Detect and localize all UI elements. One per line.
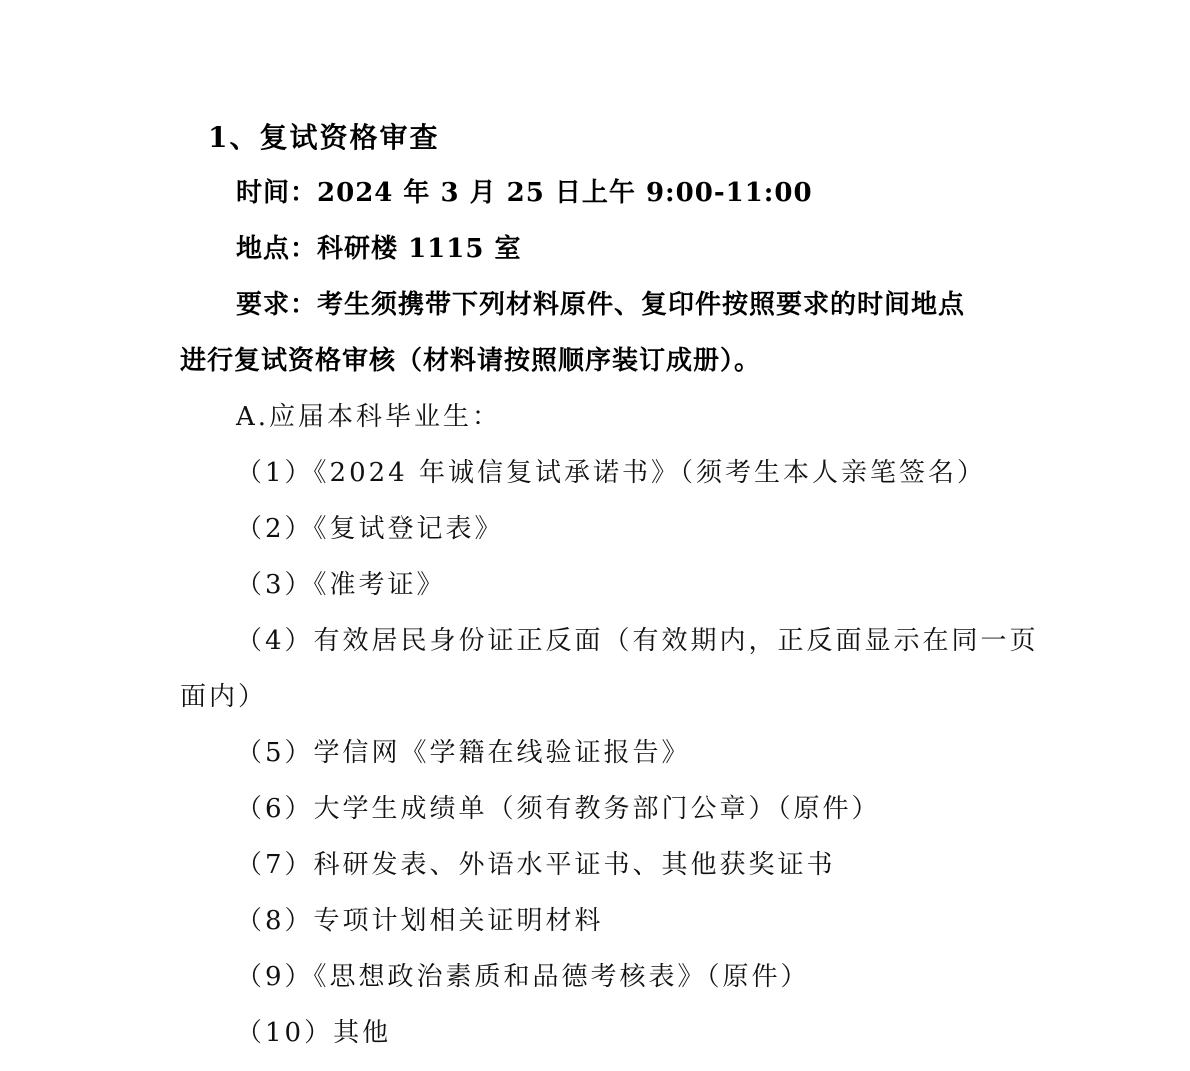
list-item: （2）《复试登记表》 <box>236 501 504 557</box>
item-number: （6） <box>236 794 314 824</box>
list-item: （4）有效居民身份证正反面（有效期内，正反面显示在同一页 <box>236 613 1039 669</box>
item-number: （8） <box>236 906 314 936</box>
time-label: 时间： <box>236 178 317 208</box>
requirement-text-1: 考生须携带下列材料原件、复印件按照要求的时间地点 <box>317 290 965 320</box>
item-text: 学信网《学籍在线验证报告》 <box>314 738 691 768</box>
item-text: 有效居民身份证正反面（有效期内，正反面显示在同一页 <box>314 626 1039 656</box>
item-number: （3） <box>236 570 314 600</box>
list-item: （9）《思想政治素质和品德考核表》（原件） <box>236 949 810 1005</box>
item-number: （4） <box>236 626 314 656</box>
section-heading: 1、复试资格审查 <box>208 110 439 166</box>
requirement-line-1: 要求：考生须携带下列材料原件、复印件按照要求的时间地点 <box>236 277 965 333</box>
item-number: （2） <box>236 514 314 544</box>
location-value: 科研楼 1115 室 <box>317 234 521 264</box>
list-item: （8）专项计划相关证明材料 <box>236 893 604 949</box>
item-number: （7） <box>236 850 314 880</box>
list-item: （3）《准考证》 <box>236 557 446 613</box>
list-item: （5）学信网《学籍在线验证报告》 <box>236 725 691 781</box>
time-value: 2024 年 3 月 25 日上午 9:00-11:00 <box>317 178 813 208</box>
item-number: （5） <box>236 738 314 768</box>
item-text: 专项计划相关证明材料 <box>314 906 604 936</box>
item-text: 《复试登记表》 <box>314 514 504 544</box>
location-label: 地点： <box>236 234 317 264</box>
item-number: （9） <box>236 962 314 992</box>
time-line: 时间：2024 年 3 月 25 日上午 9:00-11:00 <box>236 165 813 221</box>
item-text: 《思想政治素质和品德考核表》（原件） <box>314 962 810 992</box>
item-text: 《2024 年诚信复试承诺书》（须考生本人亲笔签名） <box>314 458 986 488</box>
item-text: 科研发表、外语水平证书、其他获奖证书 <box>314 850 836 880</box>
category-a-title: A.应届本科毕业生： <box>236 389 501 445</box>
item-number: （10） <box>236 1018 333 1048</box>
list-item: （10）其他 <box>236 1005 391 1061</box>
item-text: 其他 <box>333 1018 391 1048</box>
item-text: 《准考证》 <box>314 570 446 600</box>
location-line: 地点：科研楼 1115 室 <box>236 221 521 277</box>
list-item-continuation: 面内） <box>180 669 267 725</box>
list-item: （6）大学生成绩单（须有教务部门公章）（原件） <box>236 781 881 837</box>
list-item: （1）《2024 年诚信复试承诺书》（须考生本人亲笔签名） <box>236 445 986 501</box>
item-number: （1） <box>236 458 314 488</box>
requirement-label: 要求： <box>236 290 317 320</box>
list-item: （7）科研发表、外语水平证书、其他获奖证书 <box>236 837 836 893</box>
requirement-line-2: 进行复试资格审核（材料请按照顺序装订成册）。 <box>180 333 761 389</box>
item-text: 大学生成绩单（须有教务部门公章）（原件） <box>314 794 881 824</box>
